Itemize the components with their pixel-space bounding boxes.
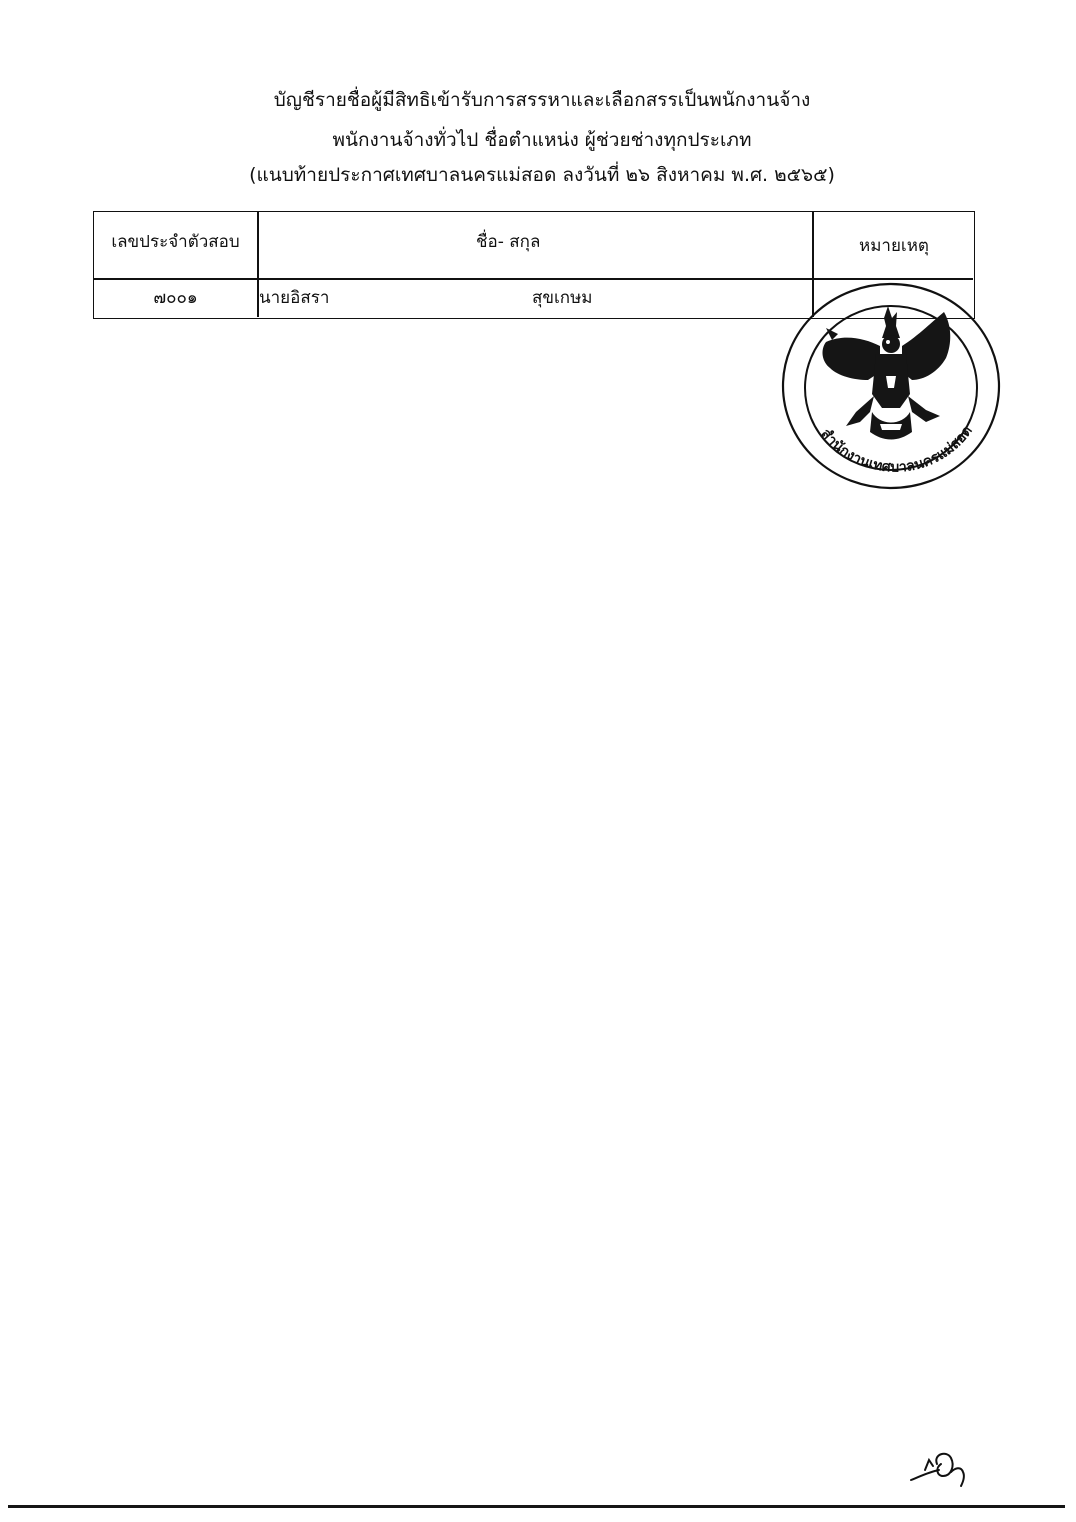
signature — [905, 1450, 985, 1495]
cell-first-name: นายอิสรา — [259, 287, 329, 309]
announcement-reference: (แนบท้ายประกาศเทศบาลนครแม่สอด ลงวันที่ ๒… — [4, 163, 1076, 187]
position-title: พนักงานจ้างทั่วไป ชื่อตำแหน่ง ผู้ช่วยช่า… — [4, 128, 1076, 152]
document-title: บัญชีรายชื่อผู้มีสิทธิเข้ารับการสรรหาและ… — [4, 88, 1076, 112]
cell-last-name: สุขเกษม — [532, 287, 593, 309]
footer-rule — [8, 1505, 1065, 1508]
official-stamp: สำนักงานเทศบาลนครแม่สอด — [776, 276, 1006, 496]
header-remarks: หมายเหตุ — [814, 235, 974, 257]
cell-exam-id: ๗๐๐๑ — [94, 287, 257, 309]
garuda-emblem-icon: สำนักงานเทศบาลนครแม่สอด — [776, 276, 1006, 496]
header-exam-id: เลขประจำตัวสอบ — [94, 231, 257, 253]
header-full-name: ชื่อ- สกุล — [476, 231, 540, 253]
handwritten-signature-icon — [905, 1450, 985, 1495]
